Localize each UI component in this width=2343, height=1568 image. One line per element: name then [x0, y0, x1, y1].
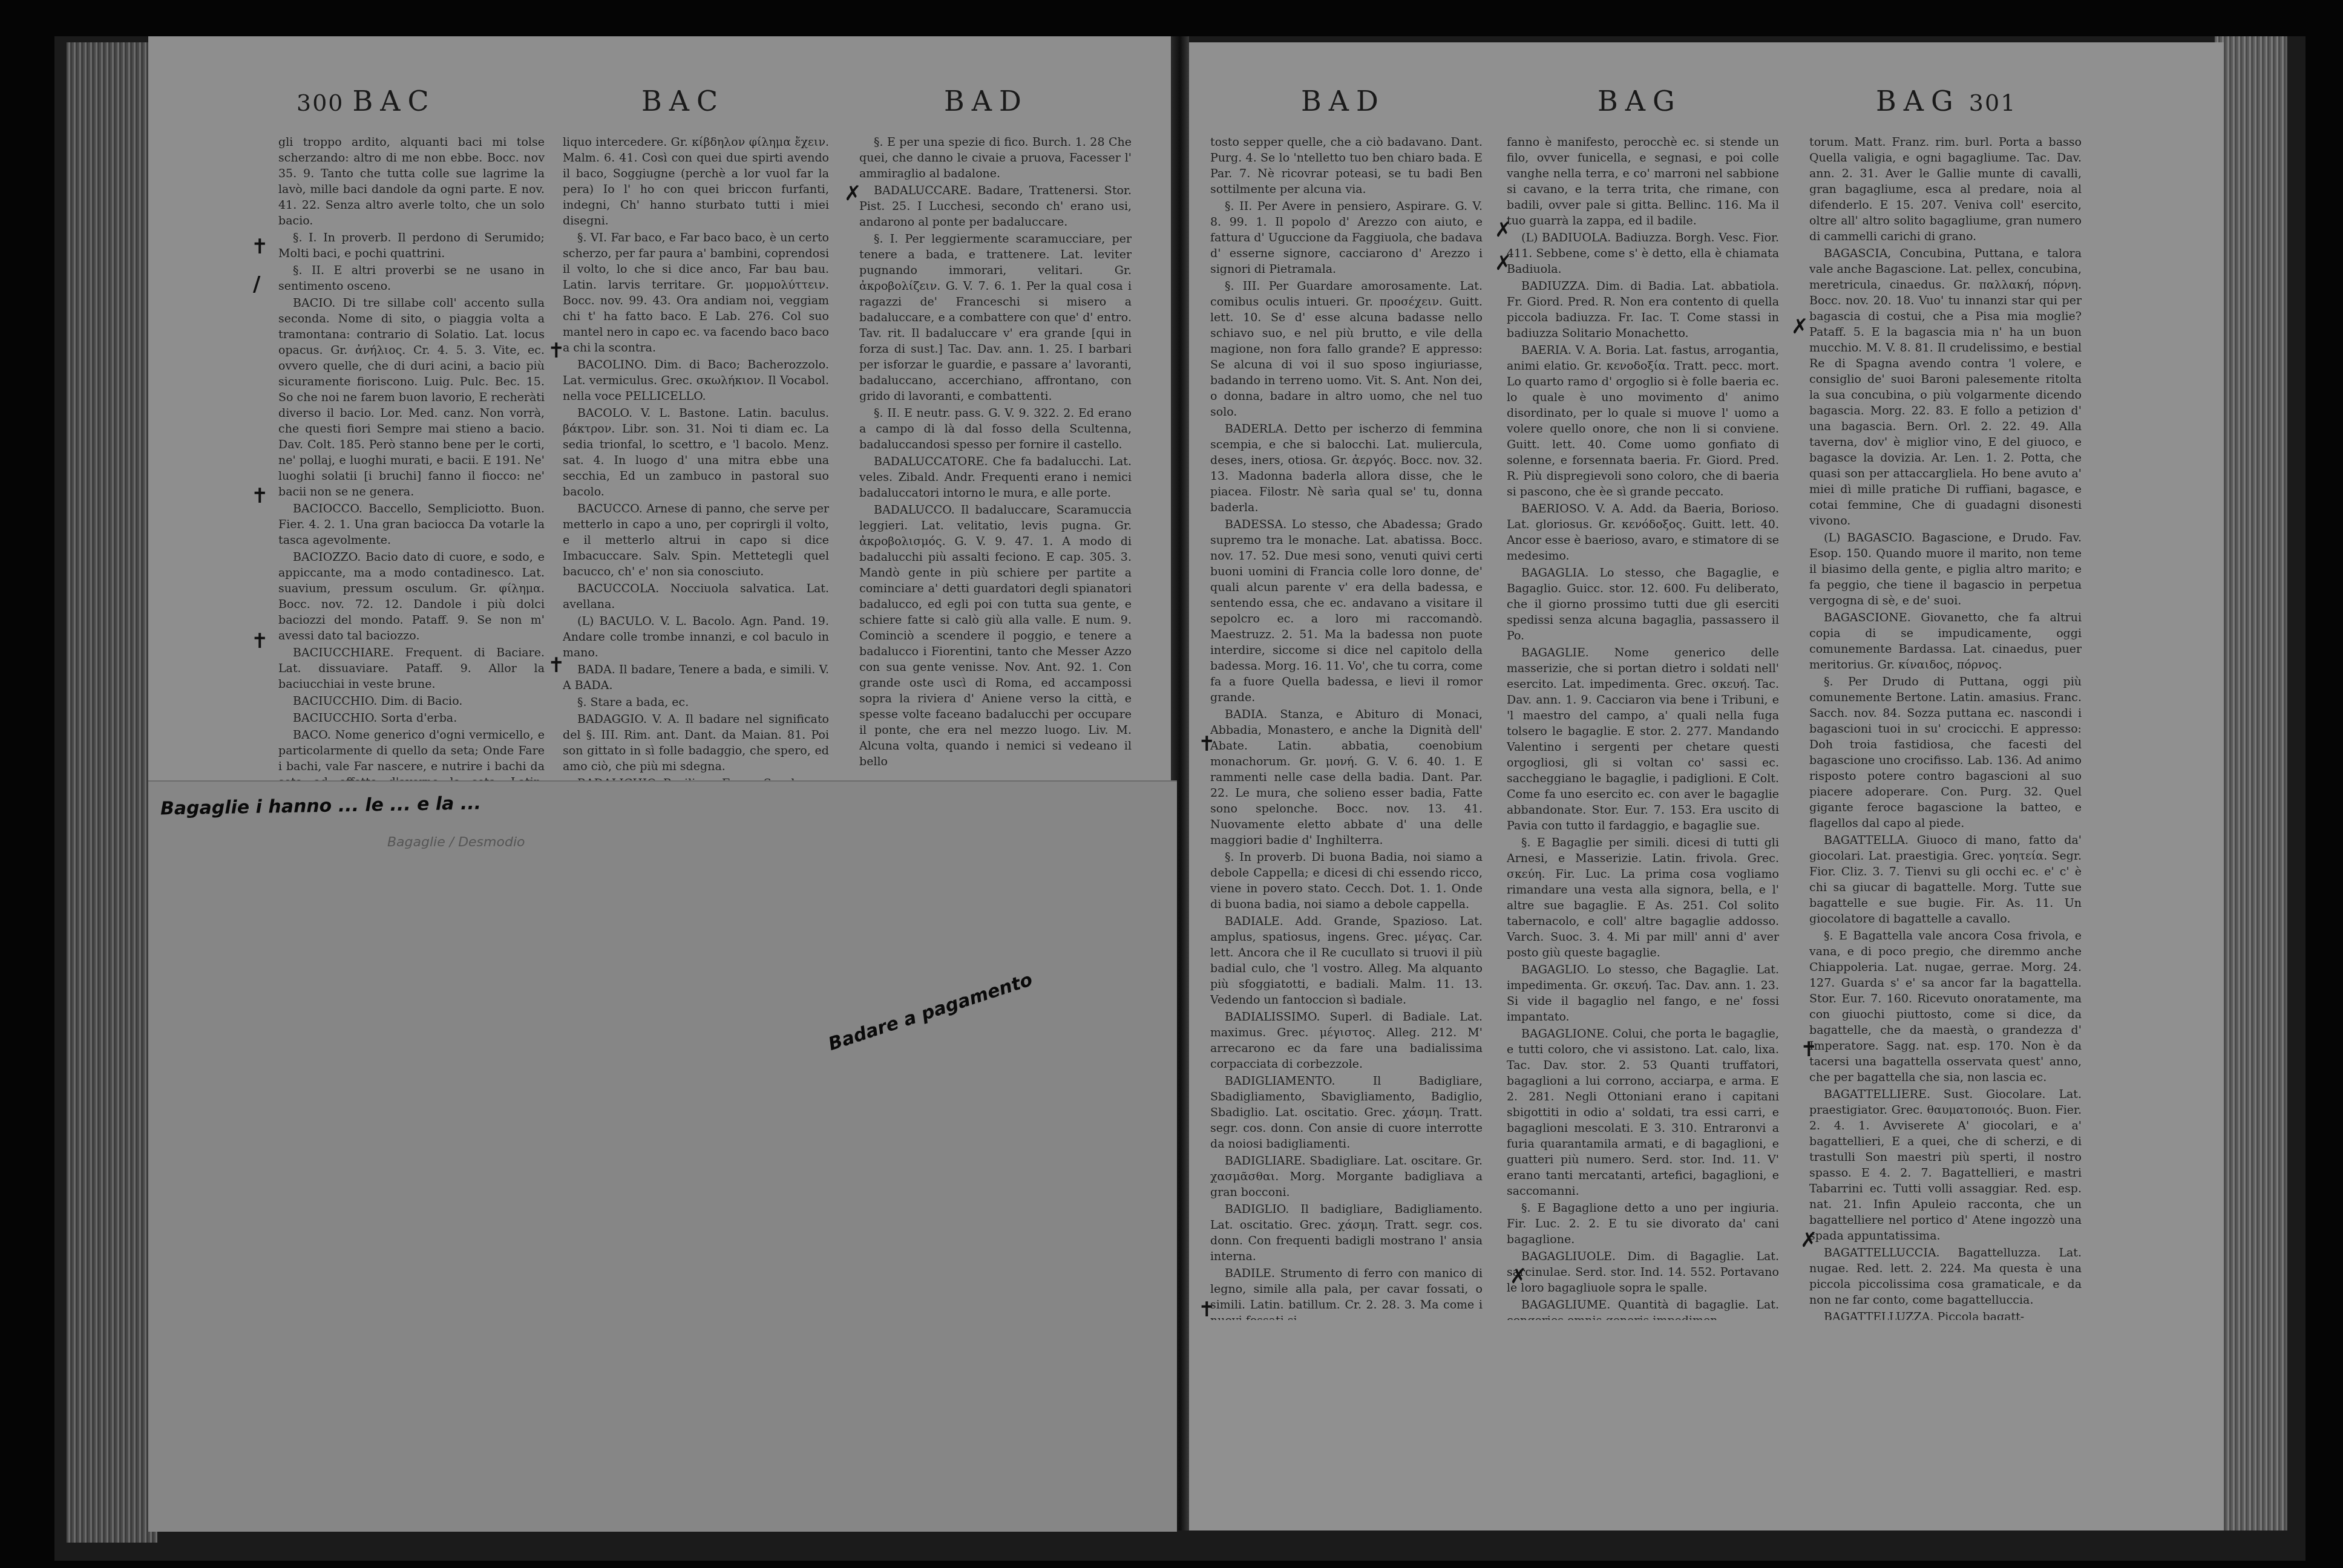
margin-cross-mark: ✝ — [548, 653, 565, 678]
entry-headword: BADERLA. — [1225, 422, 1287, 436]
entry-headword: §. — [874, 136, 883, 149]
margin-cross-mark: ✗ — [844, 181, 862, 206]
entry-text: Colui, che porta le bagaglie, e tutti co… — [1507, 1027, 1779, 1198]
entry-headword: BAERIOSO. — [1521, 502, 1589, 515]
running-head-right-1: BAD — [1301, 85, 1386, 117]
dictionary-entry: BAGAGLIUME. Quantità di bagaglie. Lat. c… — [1507, 1297, 1779, 1320]
dictionary-entry: BADIGLIO. Il badigliare, Badigliamento. … — [1210, 1201, 1483, 1264]
entry-text: E Bagaglione detto a uno per ingiuria. F… — [1507, 1201, 1779, 1246]
dictionary-entry: §. E Bagaglione detto a uno per ingiuria… — [1507, 1200, 1779, 1247]
dictionary-entry: (L) BADIUOLA. Badiuzza. Borgh. Vesc. Fio… — [1507, 230, 1779, 277]
dictionary-entry: §. E Bagaglie per simili. dicesi di tutt… — [1507, 835, 1779, 961]
entry-text: In proverb. Il perdono di Serumido; Molt… — [278, 231, 545, 260]
entry-text: Add. Grande, Spazioso. Lat. amplus, spat… — [1210, 915, 1483, 1007]
entry-text: Far baco, e Far baco baco, è un certo sc… — [563, 231, 829, 354]
entry-headword: BACO. — [293, 728, 331, 742]
entry-headword: BADIGLIAMENTO. — [1225, 1074, 1335, 1088]
entry-headword: BAGAGLIA. — [1521, 566, 1589, 580]
margin-cross-mark: ✗ — [1791, 315, 1809, 339]
entry-text: E per una spezie di fico. Burch. 1. 28 C… — [859, 136, 1132, 180]
dictionary-entry: §. II. E neutr. pass. G. V. 9. 322. 2. E… — [859, 405, 1132, 452]
entry-headword: BADIALE. — [1225, 915, 1283, 928]
entry-headword: BADIA. — [1225, 708, 1267, 721]
entry-headword: (L) BADIUOLA. — [1521, 231, 1611, 244]
margin-cross-mark: ✗ — [1495, 218, 1512, 242]
entry-text: V. A. Boria. Lat. fastus, arrogantia, an… — [1507, 344, 1779, 498]
entry-headword: BAGASCIONE. — [1824, 611, 1911, 624]
entry-text: Sorta d'erba. — [381, 711, 457, 725]
dictionary-entry: BADIA. Stanza, e Abituro di Monaci, Abba… — [1210, 707, 1483, 848]
dictionary-entry: BADALUCCATORE. Che fa badalucchi. Lat. v… — [859, 454, 1132, 501]
margin-cross-mark: ✝ — [251, 484, 269, 508]
entry-headword: BADIALISSIMO. — [1225, 1010, 1320, 1024]
entry-text: fanno è manifesto, perocchè ec. si stend… — [1507, 136, 1779, 227]
dictionary-entry: §. E per una spezie di fico. Burch. 1. 2… — [859, 134, 1132, 181]
entry-headword: BADIGLIO. — [1225, 1203, 1289, 1216]
entry-headword: BAGATTELLUCCIA. — [1824, 1246, 1940, 1259]
dictionary-entry: BAGASCIONE. Giovanetto, che fa altrui co… — [1809, 610, 2082, 673]
dictionary-entry: BAGATTELLUCCIA. Bagattelluzza. Lat. nuga… — [1809, 1245, 2082, 1308]
dictionary-entry: BADIALISSIMO. Superl. di Badiale. Lat. m… — [1210, 1009, 1483, 1072]
dictionary-entry: BACO. Nome generico d'ogni vermicello, e… — [278, 727, 545, 782]
entry-headword: BAGAGLIONE. — [1521, 1027, 1608, 1040]
entry-headword: BADALUCCATORE. — [874, 455, 988, 468]
entry-text: E neutr. pass. G. V. 9. 322. 2. Ed erano… — [859, 407, 1132, 451]
page-number-left: 300 — [297, 90, 344, 116]
dictionary-entry: BACUCCO. Arnese di panno, che serve per … — [563, 501, 829, 580]
entry-headword: §. — [1824, 675, 1833, 688]
entry-headword: §. — [577, 696, 587, 709]
entry-headword: BAGAGLIUOLE. — [1521, 1250, 1616, 1263]
dictionary-entry: BADERLA. Detto per ischerzo di femmina s… — [1210, 421, 1483, 515]
dictionary-entry: BAGATTELLUZZA. Piccola bagatt- — [1809, 1309, 2082, 1320]
margin-cross-mark: ✗ — [1800, 1228, 1818, 1252]
dictionary-entry: BADALUCCARE. Badare, Trattenersi. Stor. … — [859, 183, 1132, 230]
dictionary-entry: BACIOZZO. Bacio dato di cuore, e sodo, e… — [278, 549, 545, 644]
running-head-text: BAG — [1876, 85, 1961, 117]
handwritten-note-faint: Bagaglie / Desmodio — [387, 835, 525, 850]
entry-headword: §. II. — [874, 407, 900, 420]
running-head-left-3: BAD — [944, 85, 1029, 117]
dictionary-entry: BAGAGLIA. Lo stesso, che Bagaglie, e Bag… — [1507, 565, 1779, 644]
margin-cross-mark: ✝ — [548, 339, 565, 363]
entry-headword: BAGAGLIO. — [1521, 963, 1589, 976]
entry-text: Per leggiermente scaramucciare, per tene… — [859, 232, 1132, 403]
book-edge-right — [2215, 36, 2287, 1530]
entry-text: Bacio dato di cuore, e sodo, e appiccant… — [278, 550, 545, 642]
entry-headword: (L) BAGASCIO. — [1824, 531, 1915, 544]
entry-text: Concubina, Puttana, e talora vale anche … — [1809, 247, 2082, 528]
entry-headword: BACIUCCHIO. — [293, 694, 377, 708]
dictionary-entry: BADIALE. Add. Grande, Spazioso. Lat. amp… — [1210, 913, 1483, 1008]
dictionary-entry: §. Stare a bada, ec. — [563, 694, 829, 710]
entry-text: gli troppo ardito, alquanti baci mi tols… — [278, 136, 545, 227]
dictionary-entry: (L) BACULO. V. L. Bacolo. Agn. Pand. 19.… — [563, 613, 829, 661]
running-head-left-2: BAC — [641, 85, 725, 117]
dictionary-entry: BACUCCOLA. Nocciuola salvatica. Lat. ave… — [563, 581, 829, 612]
dictionary-entry: gli troppo ardito, alquanti baci mi tols… — [278, 134, 545, 229]
book-edge-left — [67, 42, 157, 1543]
dictionary-entry: §. VI. Far baco, e Far baco baco, è un c… — [563, 230, 829, 356]
page-number-right: 301 — [1969, 90, 2017, 116]
dictionary-column-6: torum. Matt. Franz. rim. burl. Porta a b… — [1809, 134, 2082, 1320]
entry-text: tosto sepper quelle, che a ciò badavano.… — [1210, 136, 1483, 196]
entry-headword: BAGATTELLUZZA. — [1824, 1310, 1933, 1320]
dictionary-entry: BADALUCCO. Il badaluccare, Scaramuccia l… — [859, 502, 1132, 769]
entry-text: Giuoco di mano, fatto da' giocolari. Lat… — [1809, 834, 2082, 926]
entry-text: Stare a bada, ec. — [591, 696, 689, 709]
margin-cross-mark: ✝ — [1198, 732, 1216, 756]
entry-headword: BADALUCCO. — [874, 503, 955, 517]
dictionary-entry: BADAGGIO. V. A. Il badare nel significat… — [563, 711, 829, 774]
entry-headword: §. — [1521, 1201, 1531, 1215]
entry-text: Dim. di Bacio. — [381, 694, 462, 708]
dictionary-entry: §. II. E altri proverbi se ne usano in s… — [278, 263, 545, 294]
entry-headword: §. II. — [1225, 200, 1252, 213]
dictionary-entry: §. I. In proverb. Il perdono di Serumido… — [278, 230, 545, 261]
dictionary-entry: BADIGLIARE. Sbadigliare. Lat. oscitare. … — [1210, 1153, 1483, 1200]
entry-headword: BADALUCCARE. — [874, 184, 971, 197]
entry-headword: BAGATTELLIERE. — [1824, 1088, 1930, 1101]
dictionary-entry: §. I. Per leggiermente scaramucciare, pe… — [859, 231, 1132, 404]
entry-headword: §. I. — [874, 232, 898, 246]
margin-cross-mark: ✗ — [1510, 1264, 1527, 1289]
entry-headword: BACIOCCO. — [293, 502, 362, 515]
dictionary-entry: BAGAGLIO. Lo stesso, che Bagaglie. Lat. … — [1507, 962, 1779, 1025]
dictionary-column-2: liquo intercedere. Gr. κίβδηλον φίλημα ἔ… — [563, 134, 829, 782]
dictionary-entry: §. In proverb. Di buona Badia, noi siamo… — [1210, 849, 1483, 912]
dictionary-entry: §. Per Drudo di Puttana, oggi più comune… — [1809, 674, 2082, 831]
dictionary-entry: BACIUCCHIARE. Frequent. di Baciare. Lat.… — [278, 645, 545, 692]
entry-headword: §. E — [1824, 929, 1847, 942]
entry-text: Sust. Giocolare. Lat. praestigiator. Gre… — [1809, 1088, 2082, 1243]
entry-headword: §. E — [1521, 836, 1545, 849]
dictionary-entry: §. E Bagattella vale ancora Cosa frivola… — [1809, 928, 2082, 1085]
entry-headword: §. I. — [293, 231, 317, 244]
dictionary-entry: §. II. Per Avere in pensiero, Aspirare. … — [1210, 198, 1483, 277]
dictionary-entry: BAGASCIA, Concubina, Puttana, e talora v… — [1809, 246, 2082, 529]
entry-headword: BACUCCOLA. — [577, 582, 659, 595]
dictionary-entry: BADESSA. Lo stesso, che Abadessa; Grado … — [1210, 517, 1483, 705]
dictionary-entry: BAERIA. V. A. Boria. Lat. fastus, arroga… — [1507, 342, 1779, 500]
dictionary-entry: BAGATTELLA. Giuoco di mano, fatto da' gi… — [1809, 832, 2082, 927]
entry-text: Nome generico delle masserizie, che si p… — [1507, 646, 1779, 832]
dictionary-entry: torum. Matt. Franz. rim. burl. Porta a b… — [1809, 134, 2082, 244]
entry-headword: BAGASCIA, — [1824, 247, 1891, 260]
entry-headword: (L) BACULO. — [577, 615, 655, 628]
dictionary-entry: BAGAGLIUOLE. Dim. di Bagaglie. Lat. sarc… — [1507, 1249, 1779, 1296]
dictionary-entry: BAGAGLIE. Nome generico delle masserizie… — [1507, 645, 1779, 834]
margin-cross-mark: ✝ — [251, 235, 269, 259]
dictionary-entry: BACOLO. V. L. Bastone. Latin. baculus. β… — [563, 405, 829, 500]
dictionary-entry: BAGATTELLIERE. Sust. Giocolare. Lat. pra… — [1809, 1086, 2082, 1244]
dictionary-entry: BAERIOSO. V. A. Add. da Baeria, Borioso.… — [1507, 501, 1779, 564]
entry-text: liquo intercedere. Gr. κίβδηλον φίλημα ἔ… — [563, 136, 829, 227]
dictionary-entry: tosto sepper quelle, che a ciò badavano.… — [1210, 134, 1483, 197]
entry-headword: §. III. — [1225, 279, 1260, 293]
entry-headword: BADA. — [577, 663, 615, 676]
margin-cross-mark: ✝ — [1198, 1298, 1216, 1322]
entry-headword: BAERIA. — [1521, 344, 1571, 357]
entry-text: Detto per ischerzo di femmina scempia, e… — [1210, 422, 1483, 514]
entry-headword: BACUCCO. — [577, 502, 643, 515]
entry-text: Per Guardare amorosamente. Lat. comibus … — [1210, 279, 1483, 419]
dictionary-entry: BADIGLIAMENTO. Il Badigliare, Sbadigliam… — [1210, 1073, 1483, 1152]
dictionary-entry: BADILE. Strumento di ferro con manico di… — [1210, 1266, 1483, 1320]
entry-text: Il badaluccare, Scaramuccia leggieri. La… — [859, 503, 1132, 768]
margin-tick-mark: / — [253, 272, 260, 296]
dictionary-column-5: fanno è manifesto, perocchè ec. si stend… — [1507, 134, 1779, 1320]
dictionary-entry: BACIUCCHIO. Sorta d'erba. — [278, 710, 545, 726]
entry-headword: BACIUCCHIO. — [293, 711, 377, 725]
entry-headword: BAGAGLIE. — [1521, 646, 1589, 659]
entry-text: Piccola bagatt- — [1938, 1310, 2025, 1320]
entry-headword: §. II. — [293, 264, 324, 277]
dictionary-entry: BACIOCCO. Baccello, Sempliciotto. Buon. … — [278, 501, 545, 548]
entry-text: Lo stesso, che Abadessa; Grado supremo t… — [1210, 518, 1483, 704]
dictionary-entry: BADIUZZA. Dim. di Badia. Lat. abbatiola.… — [1507, 278, 1779, 341]
entry-headword: BACIUCCHIARE. — [293, 646, 394, 659]
margin-cross-mark: ✝ — [251, 629, 269, 653]
dictionary-entry: §. III. Per Guardare amorosamente. Lat. … — [1210, 278, 1483, 420]
entry-headword: §. — [1225, 851, 1234, 864]
running-head-left-1: 300BAC — [297, 85, 436, 117]
running-head-right-3: BAG301 — [1876, 85, 2025, 117]
entry-headword: BACOLO. — [577, 407, 632, 420]
running-head-text: BAC — [353, 85, 436, 117]
dictionary-entry: BACIUCCHIO. Dim. di Bacio. — [278, 693, 545, 709]
entry-headword: BACIO. — [293, 296, 335, 310]
entry-headword: §. VI. — [577, 231, 607, 244]
dictionary-entry: (L) BAGASCIO. Bagascione, e Drudo. Fav. … — [1809, 530, 2082, 609]
running-head-right-2: BAG — [1597, 85, 1682, 117]
entry-headword: BACIOZZO. — [293, 550, 361, 564]
dictionary-entry: fanno è manifesto, perocchè ec. si stend… — [1507, 134, 1779, 229]
pasted-paper-insert — [148, 780, 1177, 1532]
entry-headword: BADAGGIO. — [577, 713, 647, 726]
entry-headword: BACOLINO. — [577, 358, 647, 371]
dictionary-entry: BAGAGLIONE. Colui, che porta le bagaglie… — [1507, 1026, 1779, 1199]
dictionary-column-4: tosto sepper quelle, che a ciò badavano.… — [1210, 134, 1483, 1320]
entry-text: Bagattella vale ancora Cosa frivola, e v… — [1809, 929, 2082, 1084]
entry-headword: BAGATTELLA. — [1824, 834, 1909, 847]
entry-headword: BADESSA. — [1225, 518, 1286, 531]
entry-text: torum. Matt. Franz. rim. burl. Porta a b… — [1809, 136, 2082, 243]
dictionary-column-3: §. E per una spezie di fico. Burch. 1. 2… — [859, 134, 1132, 782]
dictionary-entry: BACIO. Di tre sillabe coll' accento sull… — [278, 295, 545, 500]
entry-text: Bagaglie per simili. dicesi di tutti gli… — [1507, 836, 1779, 959]
dictionary-entry: BACOLINO. Dim. di Baco; Bacherozzolo. La… — [563, 357, 829, 404]
dictionary-entry: liquo intercedere. Gr. κίβδηλον φίλημα ἔ… — [563, 134, 829, 229]
dictionary-entry: BADA. Il badare, Tenere a bada, e simili… — [563, 662, 829, 693]
entry-text: Per Drudo di Puttana, oggi più comunemen… — [1809, 675, 2082, 830]
entry-headword: BADIUZZA. — [1521, 279, 1590, 293]
entry-text: Stanza, e Abituro di Monaci, Abbadia, Mo… — [1210, 708, 1483, 847]
entry-headword: BAGAGLIUME. — [1521, 1298, 1610, 1312]
margin-cross-mark: ✗ — [1495, 251, 1512, 275]
margin-cross-mark: ✝ — [1800, 1037, 1818, 1062]
dictionary-column-1: gli troppo ardito, alquanti baci mi tols… — [278, 134, 545, 782]
entry-headword: BADIGLIARE. — [1225, 1154, 1306, 1168]
entry-headword: BADILE. — [1225, 1267, 1275, 1280]
entry-text: V. L. Bastone. Latin. baculus. βάκτρον. … — [563, 407, 829, 498]
entry-text: Di tre sillabe coll' accento sulla secon… — [278, 296, 545, 498]
entry-text: In proverb. Di buona Badia, noi siamo a … — [1210, 851, 1483, 911]
